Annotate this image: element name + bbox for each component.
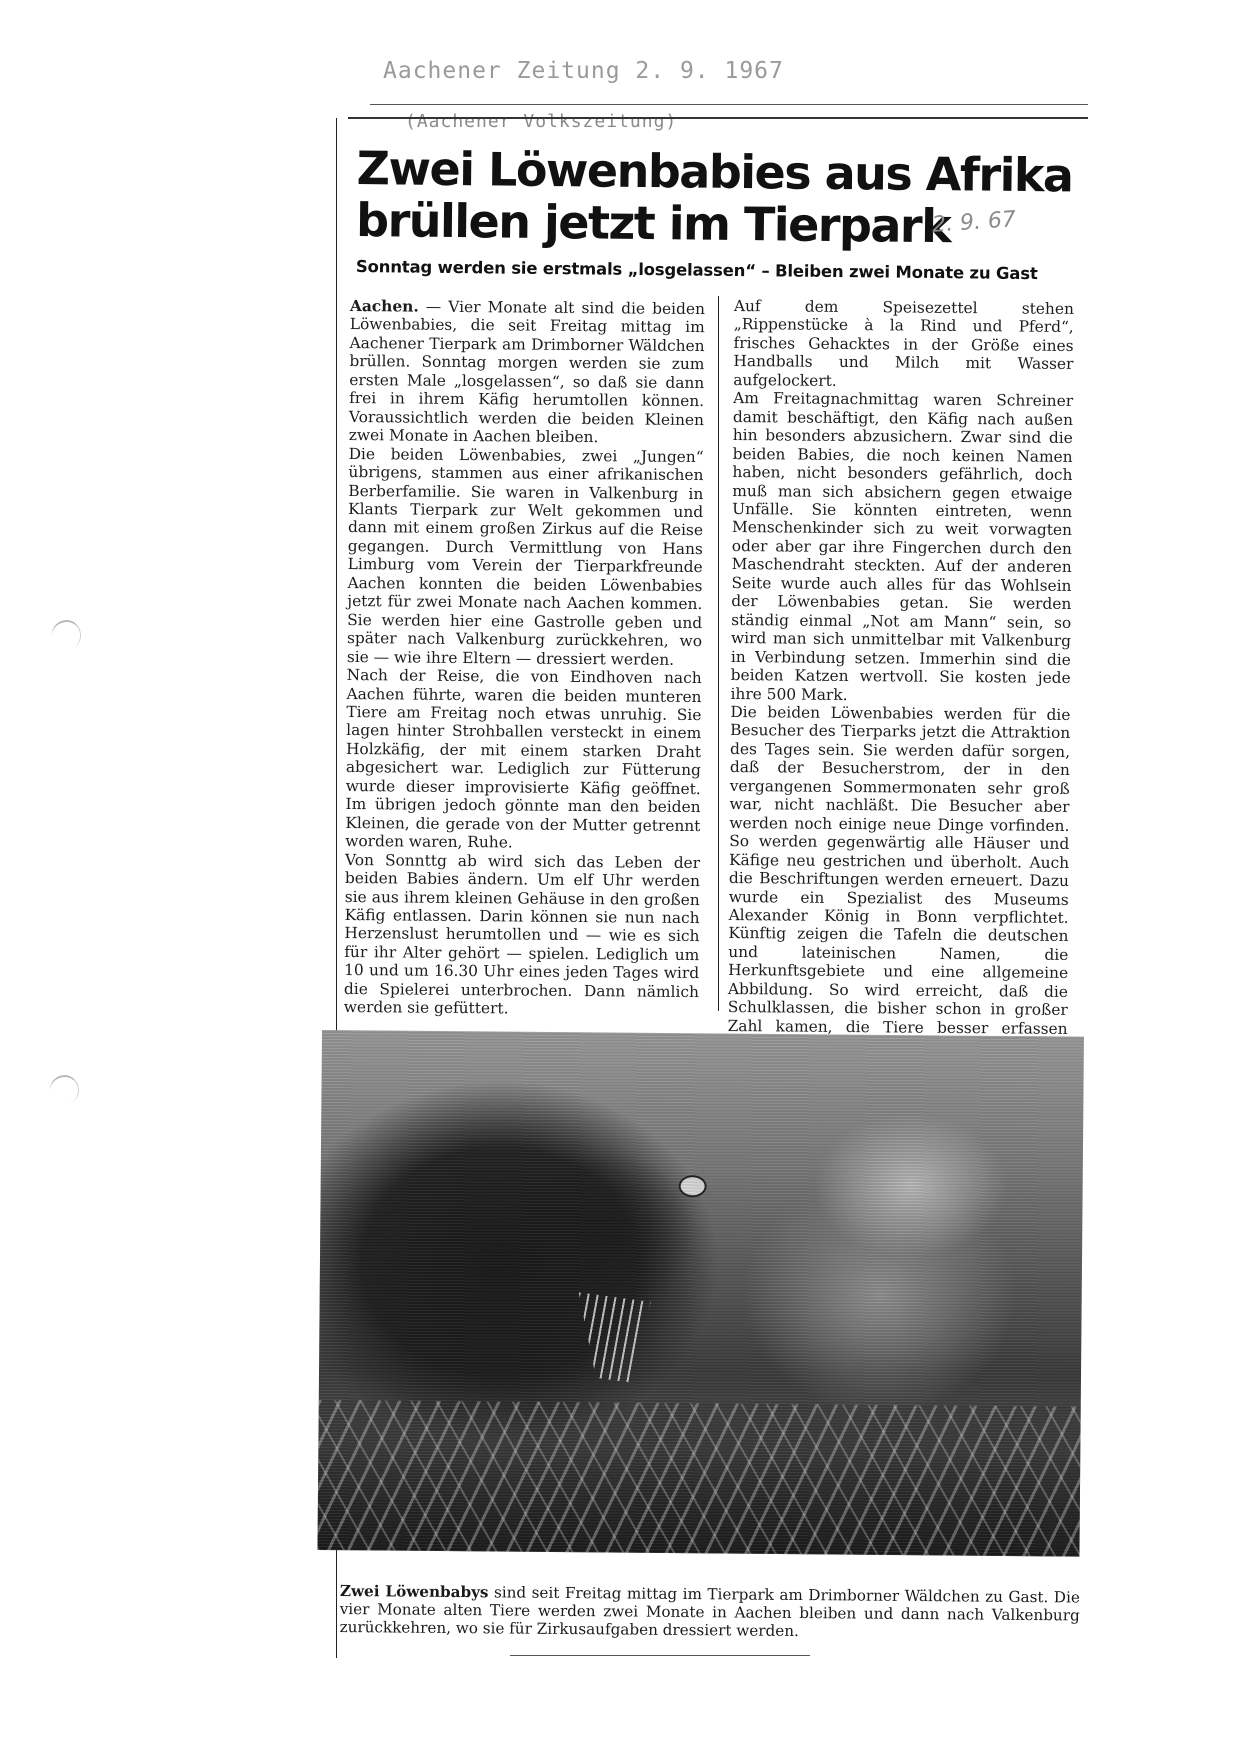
paragraph: Von Sonnttg ab wird sich das Leben der b… [344,851,700,1020]
clipping-top-rule [348,117,1088,119]
archive-source-stamp: Aachener Zeitung 2. 9. 1967 [383,58,784,84]
column-divider [718,296,719,1011]
paragraph: Die beiden Löwenbabies werden für die Be… [727,703,1070,1075]
dateline: Aachen. [350,297,419,316]
photo-detail-whiskers [569,1292,660,1383]
punch-hole-mark [48,1073,82,1108]
paragraph: Auf dem Speisezettel stehen „Rippenstück… [733,297,1074,392]
paragraph: Am Freitagnachmittag waren Schreiner dam… [730,389,1073,706]
lion-cubs-photo [317,1030,1084,1557]
paragraph: Aachen. — Vier Monate alt sind die beide… [349,297,705,448]
article-column-left: Aachen. — Vier Monate alt sind die beide… [344,297,705,1020]
divider [370,104,1088,105]
paragraph: Die beiden Löwenbabies, zwei „Jungen“ üb… [347,445,704,670]
article-column-right: Auf dem Speisezettel stehen „Rippenstück… [727,297,1074,1091]
article-headline: Zwei Löwenbabies aus Afrika brüllen jetz… [356,142,1077,254]
paragraph: Nach der Reise, die von Eindhoven nach A… [345,666,702,854]
photo-detail-eye [679,1175,707,1197]
divider [510,1655,810,1656]
photo-caption: Zwei Löwenbabys sind seit Freitag mittag… [340,1582,1080,1642]
caption-lead: Zwei Löwenbabys [340,1582,489,1601]
headline-line-1: Zwei Löwenbabies aus Afrika [356,142,1077,202]
punch-hole-mark [50,618,84,653]
photo-detail-straw [317,1400,1080,1557]
